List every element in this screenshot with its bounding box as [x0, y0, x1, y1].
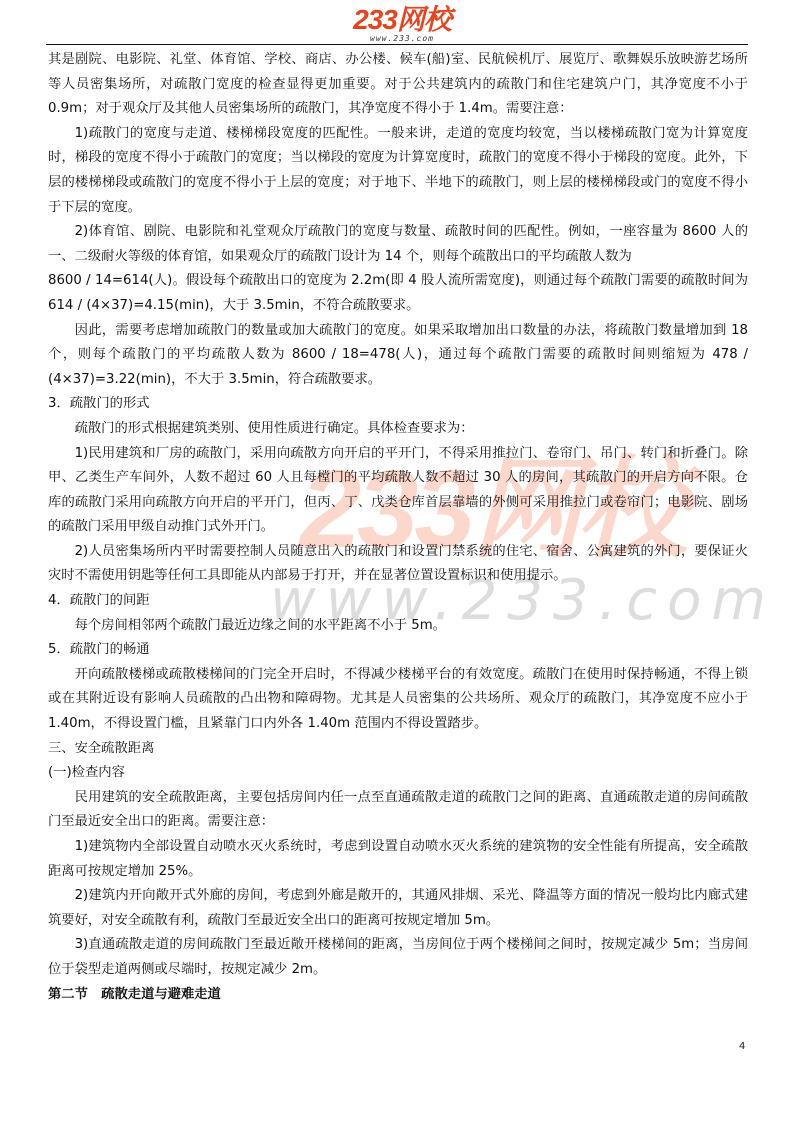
- paragraph: 1)民用建筑和厂房的疏散门，采用向疏散方向开启的平开门，不得采用推拉门、卷帘门、…: [48, 442, 748, 540]
- logo-text: 233网校: [322, 6, 482, 34]
- section-heading: 三、安全疏散距离: [48, 737, 748, 762]
- paragraph: 疏散门的形式根据建筑类别、使用性质进行确定。具体检查要求为：: [48, 417, 748, 442]
- logo: 233网校 www.233.com: [322, 6, 482, 43]
- paragraph: 8600 / 14=614(人)。假设每个疏散出口的宽度为 2.2m(即 4 股…: [48, 269, 748, 318]
- document-body: 其是剧院、电影院、礼堂、体育馆、学校、商店、办公楼、候车(船)室、民航候机厅、展…: [48, 48, 748, 1007]
- header-divider: [46, 44, 748, 45]
- section-heading: 5．疏散门的畅通: [48, 638, 748, 663]
- section-heading: 4．疏散门的间距: [48, 589, 748, 614]
- page-header: 233网校 www.233.com: [0, 0, 793, 48]
- section-heading: 3．疏散门的形式: [48, 392, 748, 417]
- paragraph: 1)建筑物内全部设置自动喷水灭火系统时，考虑到设置自动喷水灭火系统的建筑物的安全…: [48, 835, 748, 884]
- paragraph: 2)人员密集场所内平时需要控制人员随意出入的疏散门和设置门禁系统的住宅、宿舍、公…: [48, 540, 748, 589]
- paragraph: 开向疏散楼梯或疏散楼梯间的门完全开启时，不得减少楼梯平台的有效宽度。疏散门在使用…: [48, 663, 748, 737]
- subsection-heading: (一)检查内容: [48, 761, 748, 786]
- paragraph: 3)直通疏散走道的房间疏散门至最近敞开楼梯间的距离，当房间位于两个楼梯间之间时，…: [48, 933, 748, 982]
- paragraph: 1)疏散门的宽度与走道、楼梯梯段宽度的匹配性。一般来讲，走道的宽度均较宽，当以楼…: [48, 122, 748, 220]
- logo-url: www.233.com: [322, 34, 482, 43]
- paragraph: 民用建筑的安全疏散距离，主要包括房间内任一点至直通疏散走道的疏散门之间的距离、直…: [48, 786, 748, 835]
- paragraph: 2)建筑内开向敞开式外廊的房间，考虑到外廊是敞开的，其通风排烟、采光、降温等方面…: [48, 884, 748, 933]
- paragraph: 2)体育馆、剧院、电影院和礼堂观众厅疏散门的宽度与数量、疏散时间的匹配性。例如，…: [48, 220, 748, 269]
- paragraph: 每个房间相邻两个疏散门最近边缘之间的水平距离不小于 5m。: [48, 614, 748, 639]
- chapter-heading: 第二节 疏散走道与避难走道: [48, 983, 748, 1008]
- paragraph: 其是剧院、电影院、礼堂、体育馆、学校、商店、办公楼、候车(船)室、民航候机厅、展…: [48, 48, 748, 122]
- paragraph: 因此，需要考虑增加疏散门的数量或加大疏散门的宽度。如果采取增加出口数量的办法，将…: [48, 319, 748, 393]
- page-number: 4: [739, 1041, 745, 1052]
